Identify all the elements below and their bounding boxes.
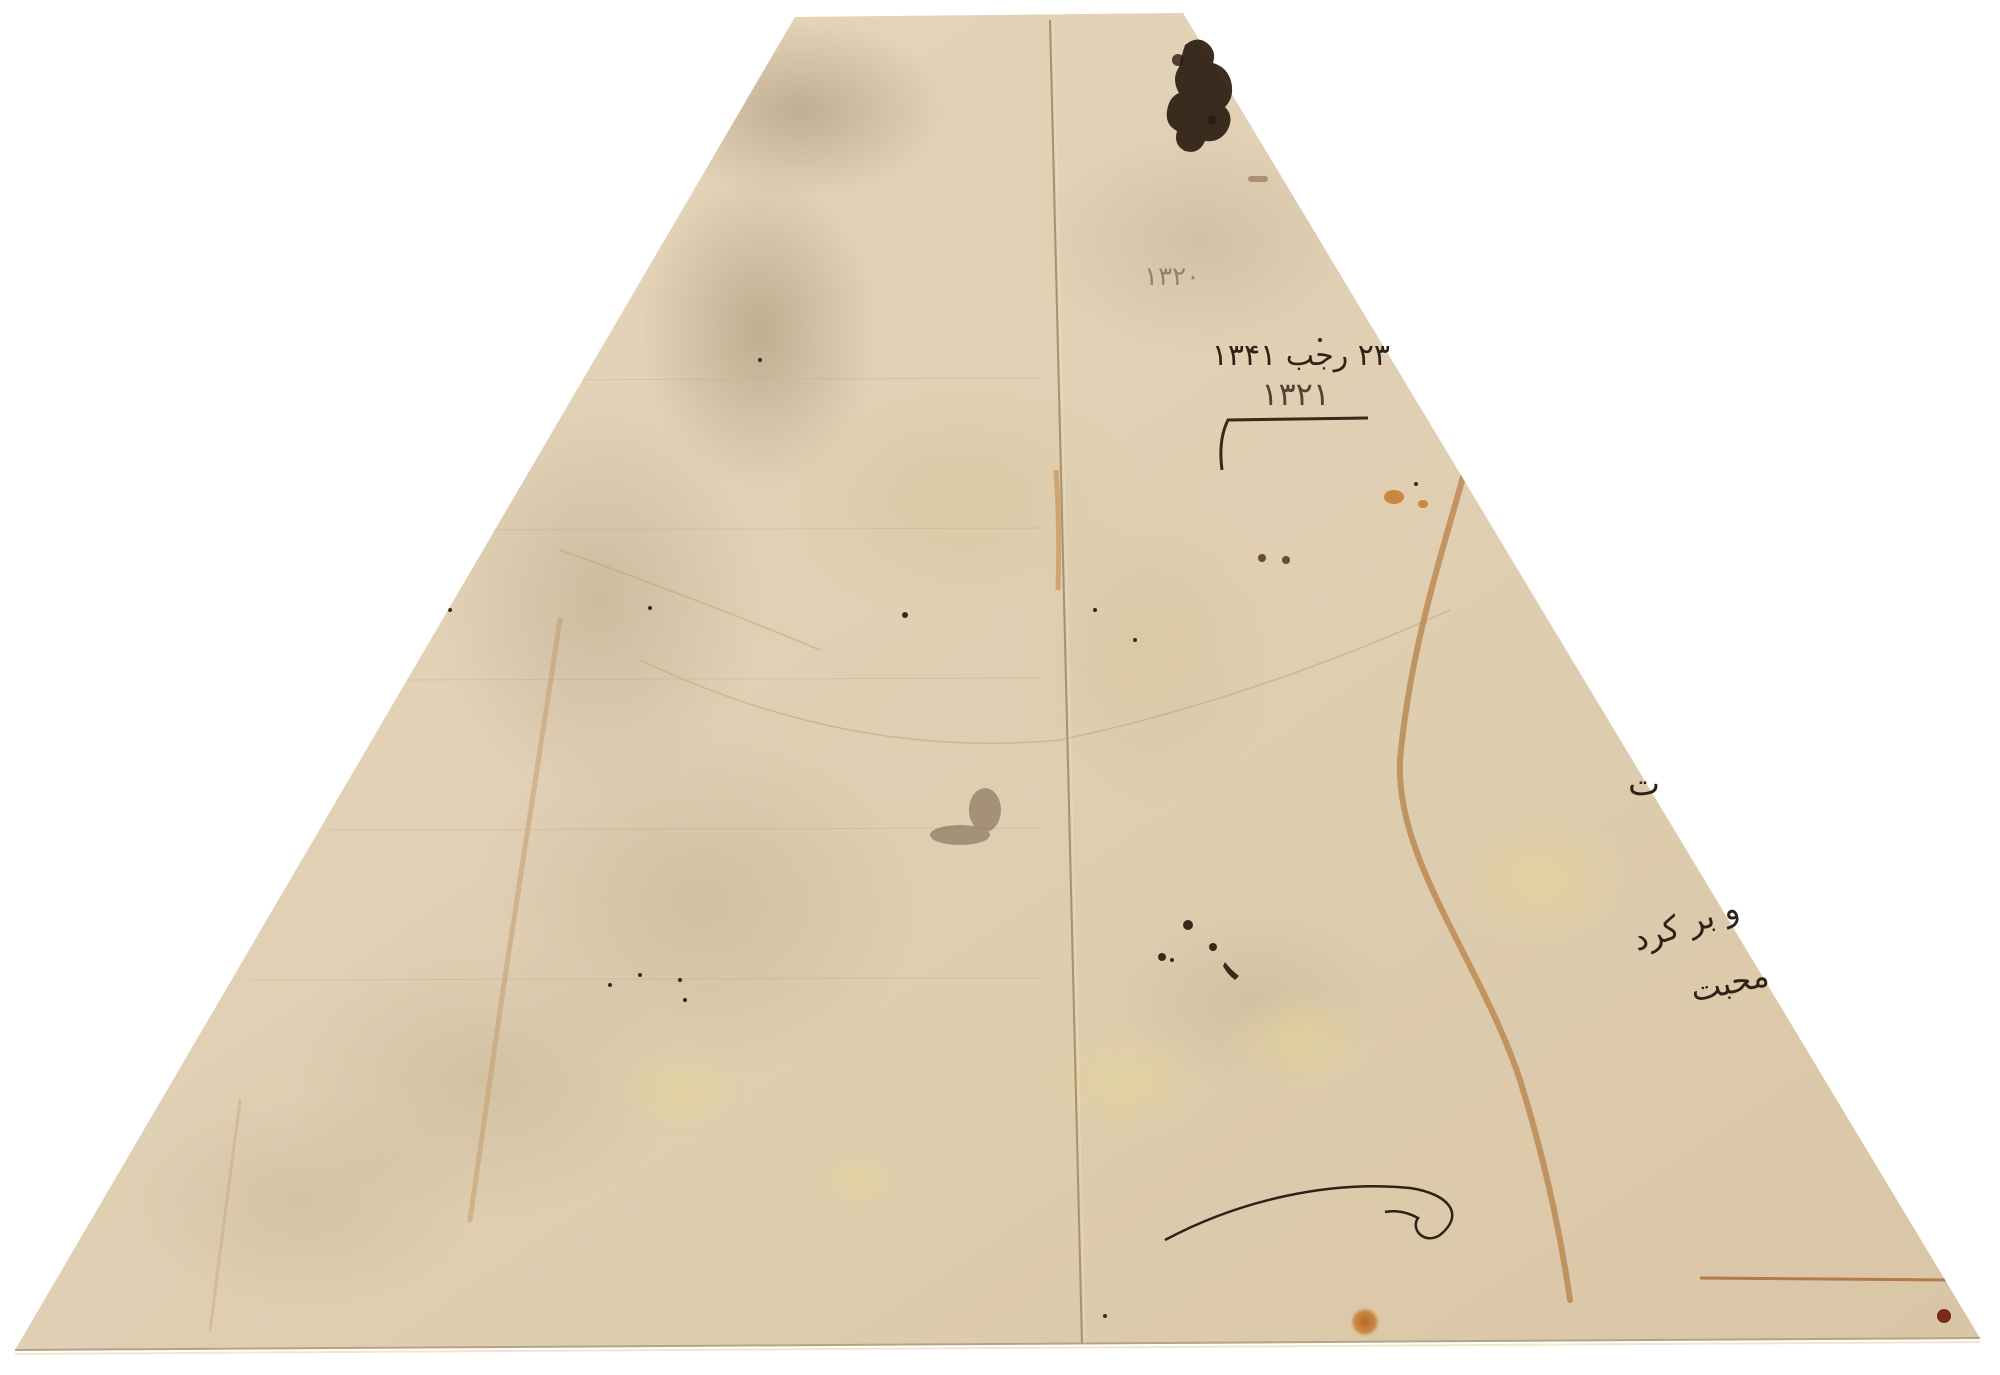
upper-note: ۱۳۲۰ bbox=[1144, 262, 1200, 292]
date-line: ۲۳ رجب ۱۳۴۱ bbox=[1212, 338, 1390, 373]
manuscript-photo: ۱۳۲۰ ۲۳ رجب ۱۳۴۱ ۱۳۲۱ ت و بر کرد محبت bbox=[0, 0, 2000, 1375]
bottom-rule-line bbox=[1700, 1278, 1946, 1280]
year-note: ۱۳۲۱ bbox=[1261, 375, 1330, 413]
right-inscription-1: ت bbox=[1628, 764, 1660, 804]
